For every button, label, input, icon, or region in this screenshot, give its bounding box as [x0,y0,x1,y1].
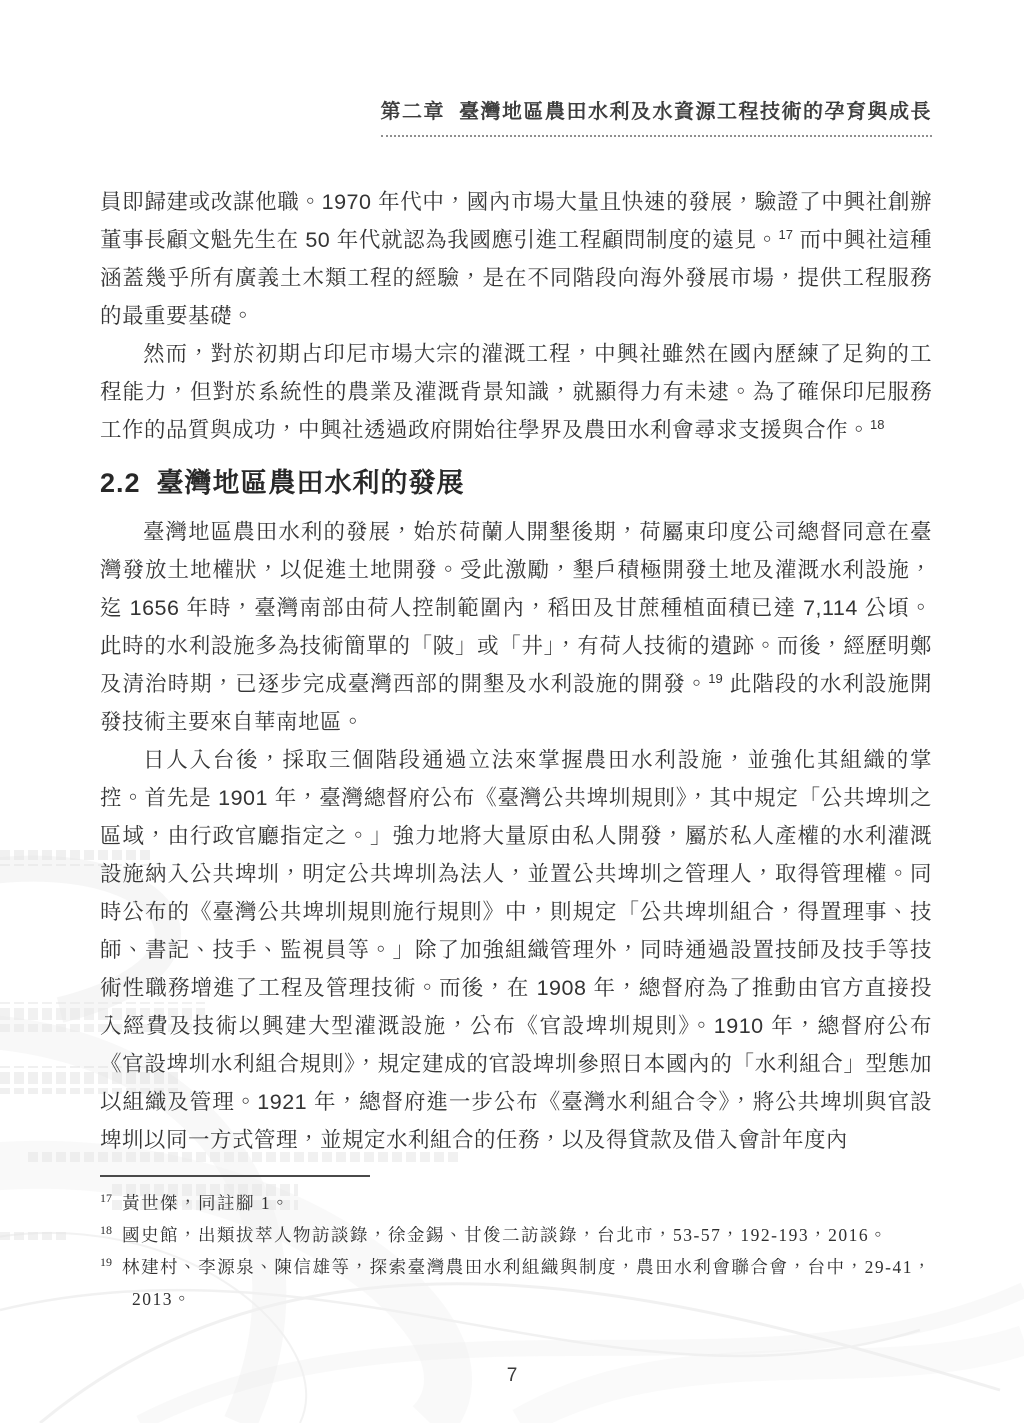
footnote-18: 18國史館，出類拔萃人物訪談錄，徐金錫、甘俊二訪談錄，台北市，53-57，192… [100,1219,932,1251]
footnote-ref-19: 19 [708,671,722,686]
body-paragraph-1: 員即歸建或改謀他職。1970 年代中，國內市場大量且快速的發展，驗證了中興社創辦… [100,183,932,335]
paragraph-text: 日人入台後，採取三個階段通過立法來掌握農田水利設施，並強化其組織的掌控。首先是 … [100,748,932,1152]
footnote-17: 17黃世傑，同註腳 1。 [100,1187,932,1219]
chapter-title: 臺灣地區農田水利及水資源工程技術的孕育與成長 [459,101,932,123]
page-number: 7 [0,1365,1024,1387]
footnote-ref-18: 18 [870,417,884,432]
running-header: 第二章臺灣地區農田水利及水資源工程技術的孕育與成長 [100,100,932,137]
footnote-text: 黃世傑，同註腳 1。 [122,1193,290,1213]
footnote-number: 19 [100,1255,112,1269]
footnote-text: 國史館，出類拔萃人物訪談錄，徐金錫、甘俊二訪談錄，台北市，53-57，192-1… [122,1225,888,1245]
footnote-number: 18 [100,1223,112,1237]
paragraph-text: 然而，對於初期占印尼市場大宗的灌溉工程，中興社雖然在國內歷練了足夠的工程能力，但… [100,342,932,442]
body-paragraph-4: 日人入台後，採取三個階段通過立法來掌握農田水利設施，並強化其組織的掌控。首先是 … [100,741,932,1159]
footnote-separator [100,1175,370,1177]
chapter-header: 第二章臺灣地區農田水利及水資源工程技術的孕育與成長 [381,100,933,137]
paragraph-text: 臺灣地區農田水利的發展，始於荷蘭人開墾後期，荷屬東印度公司總督同意在臺灣發放土地… [100,520,932,696]
section-heading-2-2: 2.2臺灣地區農田水利的發展 [100,465,932,501]
footnote-ref-17: 17 [779,227,793,242]
footnote-number: 17 [100,1191,112,1205]
section-number: 2.2 [100,468,141,498]
footnote-19: 19林建村、李源泉、陳信雄等，探索臺灣農田水利組織與制度，農田水利會聯合會，台中… [100,1251,932,1315]
footnote-text: 林建村、李源泉、陳信雄等，探索臺灣農田水利組織與制度，農田水利會聯合會，台中，2… [122,1257,932,1309]
body-paragraph-2: 然而，對於初期占印尼市場大宗的灌溉工程，中興社雖然在國內歷練了足夠的工程能力，但… [100,335,932,449]
document-page: 第二章臺灣地區農田水利及水資源工程技術的孕育與成長 員即歸建或改謀他職。1970… [0,0,1024,1423]
section-title: 臺灣地區農田水利的發展 [157,468,465,498]
chapter-label: 第二章 [381,101,446,123]
page-content: 第二章臺灣地區農田水利及水資源工程技術的孕育與成長 員即歸建或改謀他職。1970… [100,0,932,1315]
footnotes-section: 17黃世傑，同註腳 1。 18國史館，出類拔萃人物訪談錄，徐金錫、甘俊二訪談錄，… [100,1175,932,1315]
body-paragraph-3: 臺灣地區農田水利的發展，始於荷蘭人開墾後期，荷屬東印度公司總督同意在臺灣發放土地… [100,513,932,741]
